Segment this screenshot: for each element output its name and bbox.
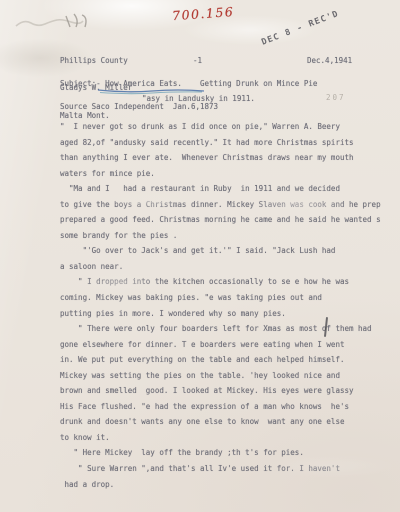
body-line: Mickey was setting the pies on the table… bbox=[0, 368, 400, 384]
accession-number: 700.156 bbox=[172, 4, 235, 23]
body-line: had a drop. bbox=[0, 477, 400, 493]
body-line: some brandy for the pies . bbox=[0, 228, 400, 244]
body-line: prepared a good feed. Christmas morning … bbox=[0, 212, 400, 228]
body-line: aged 82,of "andusky said recently." It h… bbox=[0, 135, 400, 151]
body-line: than anything I ever ate. Whenever Chris… bbox=[0, 150, 400, 166]
source-line: Source Saco Independent Jan.6,1873 bbox=[60, 102, 218, 111]
body-line: to give the boys a Christmas dinner. Mic… bbox=[0, 197, 400, 213]
body-line: waters for mince pie. bbox=[0, 166, 400, 182]
body-line: " Sure Warren ",and that's all Iv'e used… bbox=[0, 461, 400, 477]
body-text: " I never got so drunk as I did once on … bbox=[0, 119, 400, 492]
body-line: " I never got so drunk as I did once on … bbox=[0, 119, 400, 135]
body-line: His Face flushed. "e had the expression … bbox=[0, 399, 400, 415]
scanned-document-page: 700.156 DEC 8 - REC'D Phillips County Gl… bbox=[0, 0, 400, 512]
pencil-page-number: 207 bbox=[326, 93, 346, 102]
page-number: -1 bbox=[193, 56, 202, 65]
pencil-scribble bbox=[10, 6, 130, 40]
received-stamp: DEC 8 - REC'D bbox=[260, 9, 340, 48]
body-line: coming. Mickey was baking pies. "e was t… bbox=[0, 290, 400, 306]
body-line: in. We put put everything on the table a… bbox=[0, 352, 400, 368]
body-line: " Here Mickey lay off the brandy ;th t's… bbox=[0, 445, 400, 461]
header-line-county: Phillips County bbox=[60, 56, 132, 65]
header-date: Dec.4,1941 bbox=[307, 56, 352, 65]
body-line: "'Go over to Jack's and get it.'" I said… bbox=[0, 243, 400, 259]
body-line: a saloon near. bbox=[0, 259, 400, 275]
body-line: " I dropped into the kitchen occasionall… bbox=[0, 274, 400, 290]
body-line: "Ma and I had a restaurant in Ruby in 19… bbox=[0, 181, 400, 197]
body-line: putting pies in more. I wondered why so … bbox=[0, 306, 400, 322]
body-line: gone elsewhere for dinner. T e boarders … bbox=[0, 337, 400, 353]
body-line: brown and smelled good. I looked at Mick… bbox=[0, 383, 400, 399]
body-line: to know it. bbox=[0, 430, 400, 446]
body-line: " There were only four boarders left for… bbox=[0, 321, 400, 337]
body-line: drunk and doesn't wants any one else to … bbox=[0, 414, 400, 430]
